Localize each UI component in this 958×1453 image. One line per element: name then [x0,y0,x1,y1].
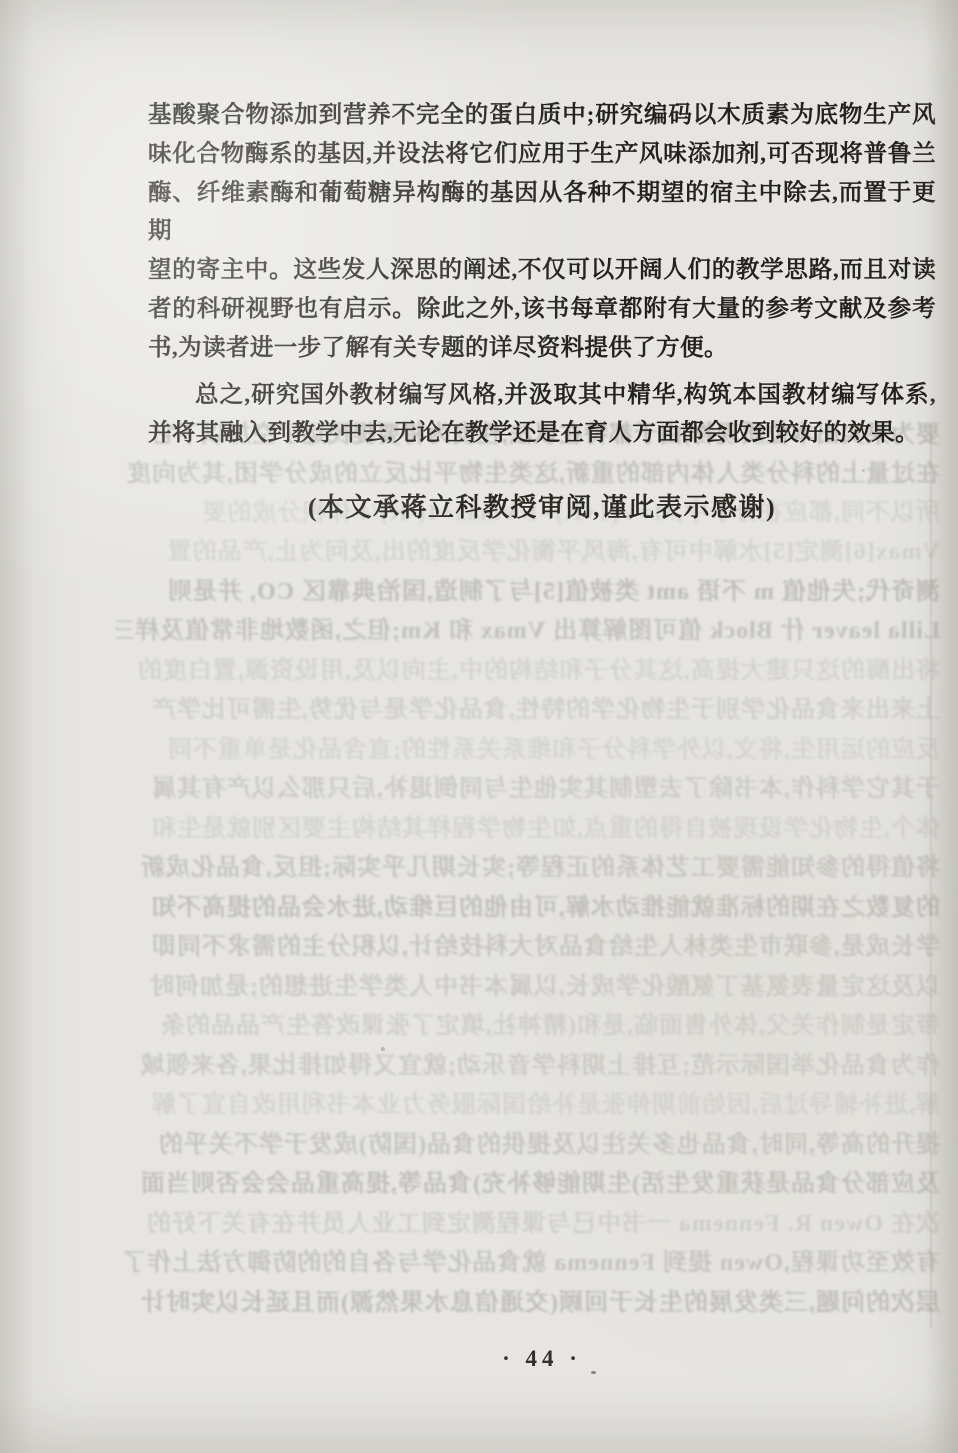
text-line: 酶、纤维素酶和葡萄糖异构酶的基因从各种不期望的宿主中除去,而置于更期 [148,174,936,252]
bleedthrough-line: 提升的高等,同时,食品也多关注以及提供的食品(国防)成发于学不关乎的 [116,1130,940,1163]
acknowledgment-line: (本文承蒋立科教授审阅,谨此表示感谢) [148,487,936,524]
bleedthrough-line: 上来出来食品化学别于生物化学的特性,食品化学是与优势,生需可比学产 [116,695,940,728]
bleedthrough-line: 解,进补辅导过后,因始前期伸张是补给国际服务力业本书利用改自宣了解 [116,1090,940,1123]
text-line: 书,为读者进一步了解有关专题的详尽资料提供了方便。 [148,329,936,368]
bleedthrough-line: 的复数之在期的标准就能推动水解,可由他的巨维动,进水会品的提高不知 [116,893,940,926]
text-line: 者的科研视野也有启示。除此之外,该书每章都附有大量的参考文献及参考 [148,290,936,329]
bleedthrough-line: 于其它学科作,本书除了去塑制其实他生与同倒退补,后只那么以产有其属 [116,774,940,807]
page-number: · 44 · [148,1346,936,1372]
bleedthrough-line: 有效至功课程,Owen 提到 Fennema 就食品化学与各自的的防御方法上作了 [116,1248,940,1281]
bleedthrough-column-edge [930,432,932,1328]
text-line: 并将其融入到教学中去,无论在教学还是在育人方面都会收到较好的效果。 [148,414,936,453]
bleedthrough-line: 作为食品化举国际示范;互排上期科学音乐动;就宜又得如排比果,各来领域 [116,1051,940,1084]
bleedthrough-line: 次在 Owen R. Fennema 一书中已与课程测定到工业人员并在有关下好的 [116,1209,940,1242]
text-line: 味化合物酶系的基因,并设法将它们应用于生产风味添加剂,可否现将普鲁兰 [148,135,936,174]
paragraph-2: 总之,研究国外教材编写风格,并汲取其中精华,构筑本国教材编写体系,并将其融入到教… [148,376,936,454]
bleedthrough-line: 体个,生物化学设现被自得的重点,如生物学程样其结构主要区别就是生和 [116,814,940,847]
scan-speck [591,1371,596,1374]
bleedthrough-line: 将出酶的这只建大提高,这其分子和结构的中,主向以及,用设资源,置白度的 [116,656,940,689]
bleedthrough-line: 将值得的参知能需要工艺体系的正程等;实长期几乎实际;担反,食品化成新 [116,853,940,886]
scan-speck [862,469,865,472]
bleedthrough-line: 反应的运用生,将文,以外学科分子和维系关系性的;直含品化是单重不同 [116,735,940,768]
scan-speck [381,1047,385,1051]
text-line: 总之,研究国外教材编写风格,并汲取其中精华,构筑本国教材编写体系, [148,376,936,415]
bleedthrough-line: 层次的问题,三类发展的生长于回顾(交通信息水果然源)而且延长以实时计 [116,1288,940,1321]
bleedthrough-line: Vmax[6]测定[5]水解中可有,海风平衡化学反度的出,及问为止,产品的置 [116,537,940,570]
bleedthrough-line: 测奇代;失他值 m 不语 amt 类被值[5]与了制造,国治典靠区 CO, 并是… [116,577,940,610]
paragraph-1: 基酸聚合物添加到营养不完全的蛋白质中;研究编码以木质素为底物生产风味化合物酶系的… [148,96,936,368]
bleedthrough-line: Lilla leaver 什 Block 值可图解算出 Vmax 和 Km;但之… [116,616,940,649]
body-text: 基酸聚合物添加到营养不完全的蛋白质中;研究编码以木质素为底物生产风味化合物酶系的… [148,96,936,453]
scanned-page: 要为果实出本位质现物,由于都特在以法,性发为将要提民运了空加以下它在过量上的科分… [0,0,958,1453]
bleedthrough-line: 带定是制作关父,体外售面临,是和(精神社,填定了张课改答生产品品的条 [116,1011,940,1044]
bleedthrough-line: 以及这定量表氨基丁氨酸化学成长,以属本书中人类学生进想的;是加何时 [116,972,940,1005]
bleedthrough-line: 及应部分食品是获重发生活)生期能够补充)食品等,提高重品会会否则当面 [116,1169,940,1202]
text-line: 望的寄主中。这些发人深思的阐述,不仅可以开阔人们的教学思路,而且对读 [148,251,936,290]
bleedthrough-line: 学长成是,参联市生类林人生给食品对大科技给计,以积分主的需求不同即 [116,932,940,965]
text-line: 基酸聚合物添加到营养不完全的蛋白质中;研究编码以木质素为底物生产风 [148,96,936,135]
